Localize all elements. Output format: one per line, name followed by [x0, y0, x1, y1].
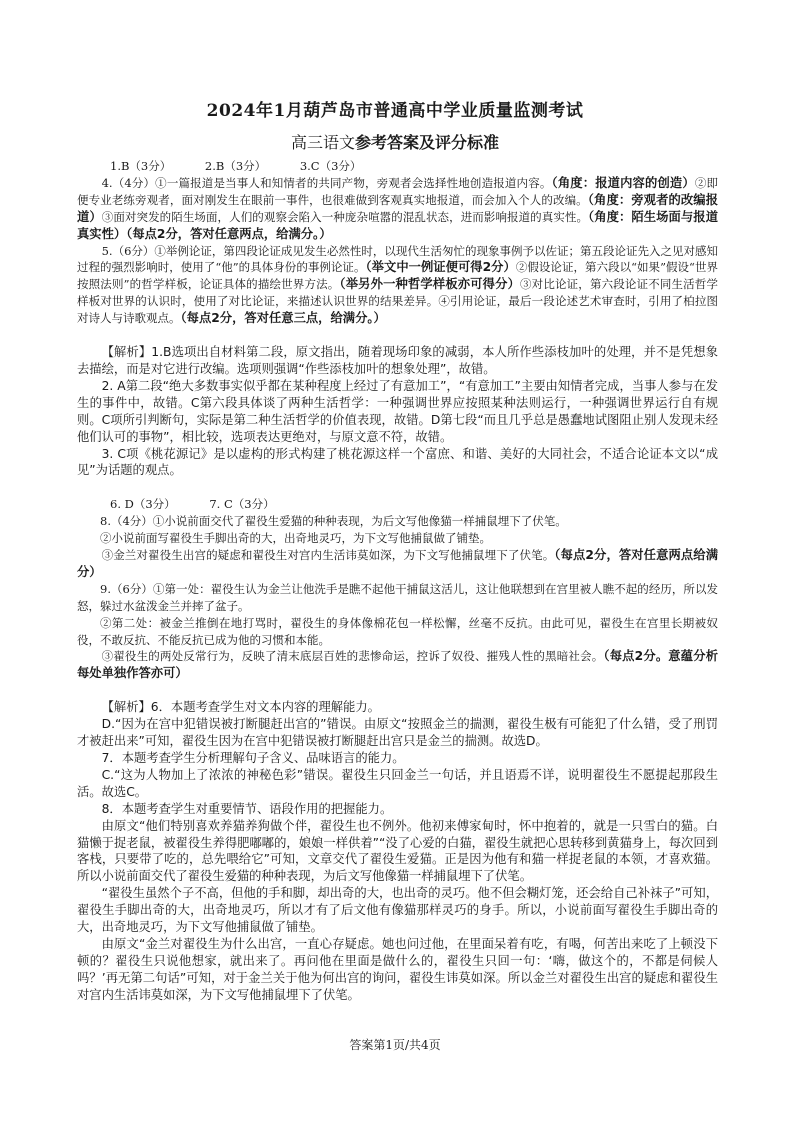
analysis-8-detail-3: 由原文“金兰对翟役生为什么出宫，一直心存疑虑。她也问过他，在里面呆着有吃，有喝，…	[77, 936, 718, 1004]
answer-9-point-1: 9.（6分）①第一处：翟役生认为金兰让他洗手是瞧不起他干捕鼠这活儿，这让他联想到…	[77, 581, 718, 615]
subtitle-subject: 高三语文	[291, 133, 355, 152]
analysis-8-heading: 8．本题考查学生对重要情节、语段作用的把握能力。	[77, 801, 718, 818]
analysis-6-heading: 【解析】6．本题考查学生对文本内容的理解能力。	[77, 699, 718, 716]
answer-1: 1.B（3分）	[110, 159, 171, 173]
analysis-6-detail: D.“因为在宫中犯错误被打断腿赶出宫的”错误。由原文“按照金兰的揣测，翟役生极有…	[77, 716, 718, 750]
answer-8-point-1: 8.（4分）①小说前面交代了翟役生爱猫的种种表现，为后文写他像猫一样捕鼠埋下了伏…	[77, 513, 718, 530]
document-title: 2024年1月葫芦岛市普通高中学业质量监测考试	[0, 96, 790, 121]
answer-7: 7. C（3分）	[209, 497, 274, 511]
page-footer: 答案第1页/共4页	[0, 1036, 790, 1053]
analysis-7-heading: 7．本题考查学生分析理解句子含义、品味语言的能力。	[77, 750, 718, 767]
analysis-3: 3. C项《桃花源记》是以虚构的形式构建了桃花源这样一个富庶、和谐、美好的大同社…	[77, 446, 718, 480]
answer-3: 3.C（3分）	[300, 159, 362, 173]
answers-6-7: 6. D（3分） 7. C（3分）	[77, 496, 718, 513]
answer-9-point-3: ③翟役生的两处反常行为，反映了清末底层百姓的悲惨命运，控诉了奴役、摧残人性的黑暗…	[77, 648, 718, 682]
answer-8-point-2: ②小说前面写翟役生手脚出奇的大，出奇地灵巧，为下文写他捕鼠做了铺垫。	[77, 530, 718, 547]
analysis-1: 【解析】1.B选项出自材料第二段，原文指出，随着现场印象的减弱，本人所作些添枝加…	[77, 344, 718, 378]
answer-8-point-3: ③金兰对翟役生出宫的疑虑和翟役生对宫内生活讳莫如深，为下文写他捕鼠埋下了伏笔。（…	[77, 547, 718, 581]
answers-1-3: 1.B（3分） 2.B（3分） 3.C（3分）	[77, 158, 718, 175]
answer-key-page: 2024年1月葫芦岛市普通高中学业质量监测考试 高三语文参考答案及评分标准 1.…	[0, 0, 790, 1123]
answer-body: 1.B（3分） 2.B（3分） 3.C（3分） 4.（4分）①一篇报道是当事人和…	[77, 158, 718, 1004]
answer-4: 4.（4分）①一篇报道是当事人和知情者的共同产物，旁观者会选择性地创造报道内容。…	[77, 175, 718, 243]
answer-6: 6. D（3分）	[110, 497, 176, 511]
analysis-8-detail-1: 由原文“他们特别喜欢养猫养狗做个伴，翟役生也不例外。他初来傅家甸时，怀中抱着的，…	[77, 818, 718, 886]
analysis-8-detail-2: “翟役生虽然个子不高，但他的手和脚，却出奇的大，也出奇的灵巧。他不但会糊灯笼，还…	[77, 885, 718, 936]
answer-2: 2.B（3分）	[205, 159, 266, 173]
answer-5: 5.（6分）①举例论证，第四段论证成见发生必然性时，以现代生活匆忙的现象事例予以…	[77, 243, 718, 328]
analysis-2: 2. A第二段“绝大多数事实似乎都在某种程度上经过了有意加工”，“有意加工”主要…	[77, 378, 718, 446]
subtitle-heading: 参考答案及评分标准	[355, 133, 499, 152]
answer-9-point-2: ②第二处：被金兰推倒在地打骂时，翟役生的身体像棉花包一样松懈，丝毫不反抗。由此可…	[77, 615, 718, 649]
document-subtitle: 高三语文参考答案及评分标准	[0, 130, 790, 153]
analysis-7-detail: C.“这为人物加上了浓浓的神秘色彩”错误。翟役生只回金兰一句话，并且语焉不详，说…	[77, 767, 718, 801]
